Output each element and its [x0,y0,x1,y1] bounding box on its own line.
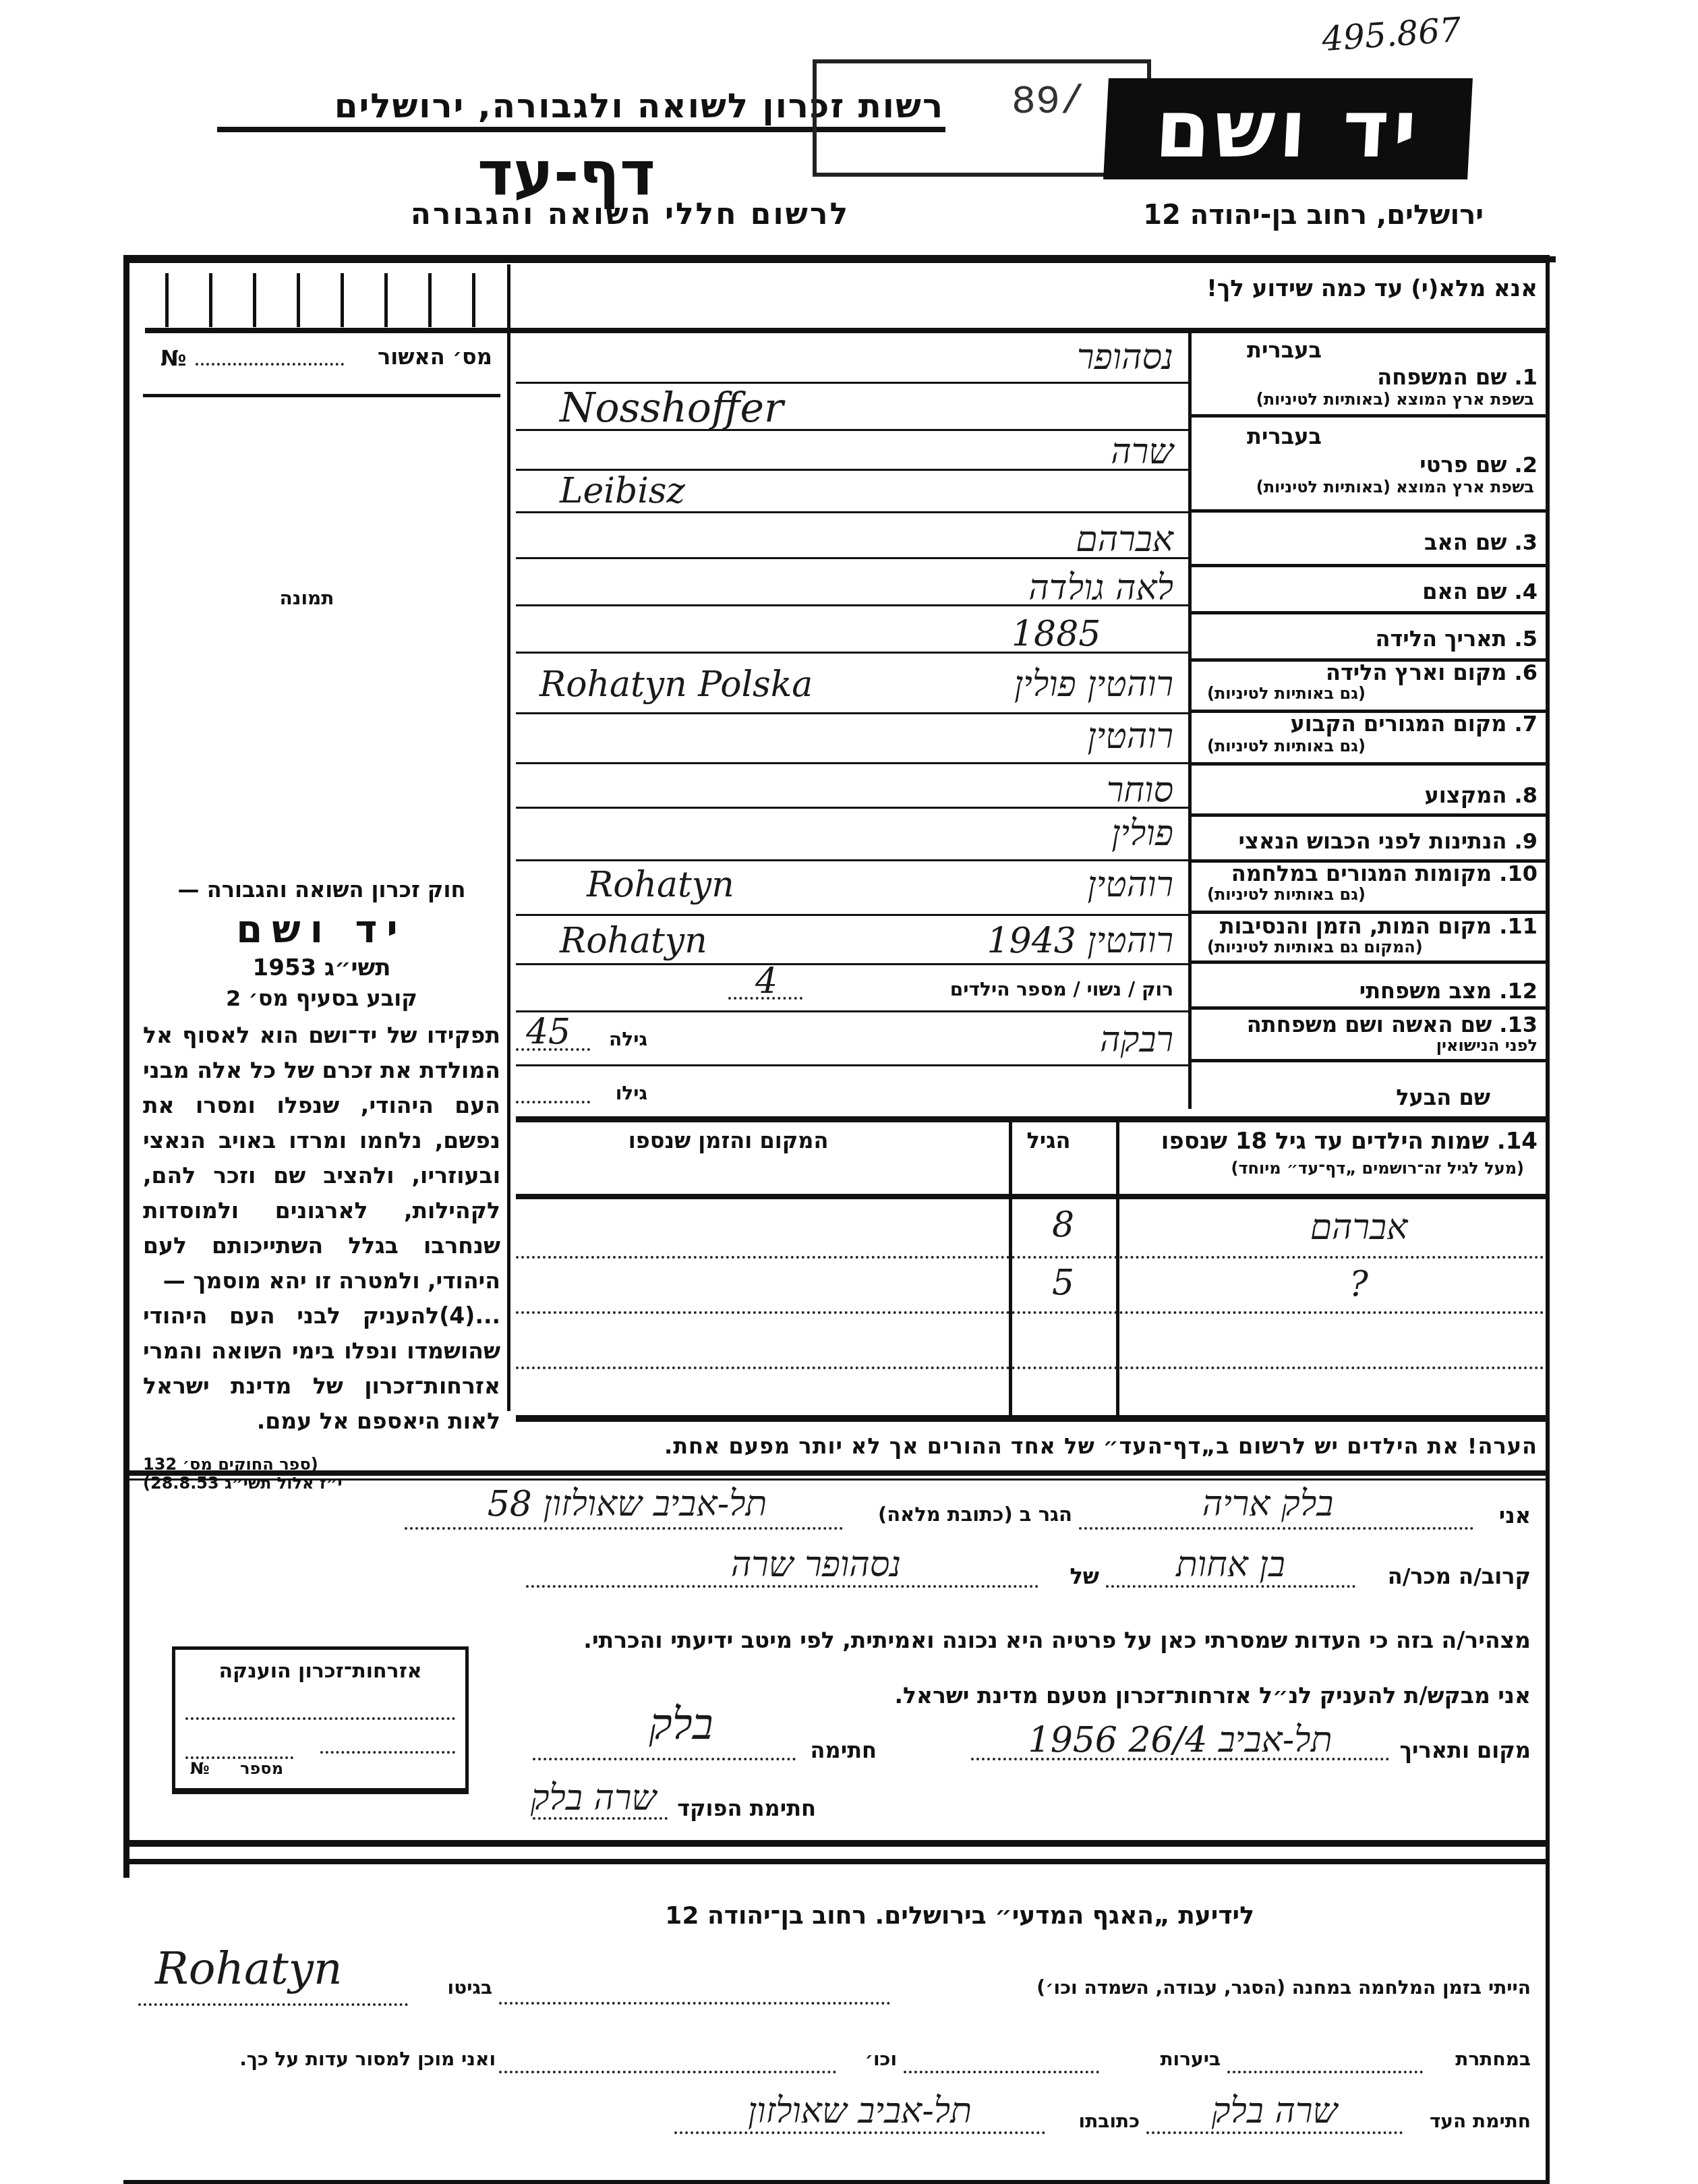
decl-of-field[interactable] [526,1585,1038,1588]
field-9-text: הנתינות לפני הכבוש הנאצי [1239,828,1507,854]
forests-label: ביערות [1106,2048,1221,2070]
field-6-text: מקום וארץ הלידה [1326,660,1507,685]
witness-address-value[interactable]: תל-אביב שאולזון [674,2091,1045,2131]
children-count-value[interactable]: 4 [755,961,778,1002]
field-13-text: שם האשה ושם משפחתה [1247,1012,1492,1037]
children-col-age: הגיל [1015,1128,1082,1153]
certificate-number-symbol: № [190,1759,210,1778]
row-divider [1190,611,1548,614]
child-age[interactable] [1015,1375,1096,1412]
field-11-label: 11. מקום המות, הזמן והנסיבות [1200,913,1538,939]
etc-label: וכו׳ [843,2048,897,2070]
field-6-num: 6. [1515,660,1538,685]
row-divider [1190,1006,1548,1010]
field-7-num: 7. [1515,711,1538,737]
officer-signature-label: חתימת הפוקד [674,1795,816,1821]
child-name[interactable]: ? [1190,1264,1527,1304]
certificate-number-label: מספר [229,1759,283,1778]
birth-date-value[interactable]: 1885 [1012,614,1101,654]
first-name-latin-value[interactable]: Leibisz [560,471,685,511]
row-divider [1190,564,1548,567]
field-8-num: 8. [1515,782,1538,808]
field-10-label: 10. מקומות המגורים במלחמה [1200,861,1538,886]
field-1-num: 1. [1515,364,1538,390]
witness-signature-field[interactable] [1146,2131,1403,2134]
certificate-field[interactable] [185,1717,455,1720]
field-1-label: 1. שם המשפחה [1200,364,1538,390]
field-7-label: 7. מקום המגורים הקבוע [1200,711,1538,737]
field-7-sub: (גם באותיות לטיניות) [1200,737,1544,755]
field-11-sub: (המקום גם באותיות לטיניות) [1200,938,1544,956]
form-right-border [1546,256,1550,2184]
field-1-hebrew-tag: בעברית [1200,337,1322,363]
marital-options: רוק / נשוי / מספר הילדים [796,978,1173,1000]
witness-address-label: כתובתו [1052,2110,1140,2132]
field-12-label: 12. מצב משפחתי [1200,978,1538,1004]
value-line [516,652,1188,654]
field-1-text: שם המשפחה [1377,364,1506,390]
note-text: הערה! את הילדים יש לרשום ב„דף־העד״ של אח… [533,1433,1538,1459]
value-line [516,859,1188,861]
field-6-sub: (גם באותיות לטיניות) [1200,684,1544,703]
law-name: יד ושם [143,908,500,952]
note-bottom-2 [123,1478,1550,1481]
yad-vashem-logo: יד ושם [1103,78,1473,179]
form-top-border [123,255,1550,263]
death-place-latin-value[interactable]: Rohatyn [560,921,707,961]
children-header-bottom [516,1194,1550,1199]
officer-signature-value[interactable]: שרה בלק [492,1778,695,1818]
husband-age-field[interactable] [516,1101,590,1103]
mother-name-value[interactable]: לאה גולדה [877,568,1173,608]
first-name-hebrew-value[interactable]: שרה [877,432,1173,472]
value-line [516,762,1188,764]
decl-relation-field[interactable] [1106,1585,1355,1588]
underground-label: במחתרת [1430,2048,1531,2070]
child-place-time[interactable] [529,1264,1001,1304]
photo-area[interactable] [145,398,502,870]
field-8-label: 8. המקצוע [1200,782,1538,808]
profession-value[interactable]: סוחר [877,770,1173,811]
place-date-label: מקום ותאריך [1409,1737,1531,1763]
address: ירושלים, רחוב בן-יהודה 12 [1106,200,1484,231]
row-divider [1190,414,1548,418]
law-box: חוק זכרון השואה והגבורה — יד ושם תשי״ג 1… [143,877,500,1493]
field-8-text: המקצוע [1425,782,1507,808]
underground-field[interactable] [1227,2071,1423,2073]
approval-number-field[interactable] [196,363,344,366]
signature-value[interactable]: בלק [580,1700,782,1750]
note-bottom [123,1470,1550,1476]
father-name-value[interactable]: אברהם [877,519,1173,560]
birthplace-value[interactable]: רוהטין פולין [877,664,1173,705]
field-13-label: 13. שם האשה ושם משפחתה [1200,1012,1538,1037]
value-line [516,604,1188,606]
field-12-num: 12. [1499,978,1538,1004]
wartime-residence-value[interactable]: רוהטין [877,865,1173,905]
ghetto-field[interactable] [138,2003,408,2006]
decl-of-value[interactable]: נסהופר שרה [607,1545,1025,1585]
stamp-box [813,59,1151,177]
law-title: חוק זכרון השואה והגבורה — [143,877,500,902]
children-col-place: המקום והזמן שנספו [539,1128,917,1153]
approval-bottom [143,394,500,397]
witness-address-field[interactable] [674,2131,1045,2134]
value-line [516,511,1188,513]
bottom-heading: לידיעת „האגף המדעי״ בירושלים. רחוב בן־יה… [553,1902,1254,1930]
left-column-divider [507,264,510,1411]
child-age[interactable]: 8 [1052,1205,1074,1245]
value-line [516,1010,1188,1012]
signature-label: חתימה [802,1737,877,1763]
nationality-value[interactable]: פולין [877,813,1173,854]
wartime-residence-latin-value[interactable]: Rohatyn [587,865,734,905]
value-line [516,382,1188,384]
husband-age-label: גילו [593,1082,647,1104]
field-2-text: שם פרטי [1419,452,1506,478]
value-line [516,914,1188,916]
table-row: ? 5 [516,1259,1550,1314]
declaration-bottom [123,1840,1550,1847]
birthplace-latin-value[interactable]: Rohatyn Polska [539,664,813,705]
child-place-time[interactable] [529,1319,1001,1360]
field-4-label: 4. שם האם [1200,579,1538,604]
field-5-text: תאריך הלידה [1375,626,1506,652]
decl-statement: מצהיר/ה בזה כי העדות שמסרתי כאן על פרטיה… [513,1627,1531,1653]
family-name-latin-value[interactable]: Nosshoffer [560,384,784,432]
approval-number-label: מס׳ האשור [351,344,492,370]
approval-number-symbol: № [160,345,187,371]
value-line [516,963,1188,965]
witness-signature-label: חתימת העד [1409,2110,1531,2132]
field-13-num: 13. [1499,1012,1538,1037]
row-divider [1190,762,1548,766]
field-5-label: 5. תאריך הלידה [1200,626,1538,652]
decl-name-field[interactable] [1079,1527,1473,1530]
top-row-bottom [145,328,1550,333]
field-1-sub: בשפת ארץ המוצא (באותיות לטיניות) [1190,390,1534,409]
certificate-box: אזרחות־זכרון הוענקה מספר № [172,1646,469,1794]
decl-name-value[interactable]: בלק אריה [1079,1484,1457,1524]
child-age[interactable]: 5 [1052,1263,1074,1303]
field-10-sub: (גם באותיות לטיניות) [1200,885,1544,904]
form-subtitle: לרשום חללי השואה והגבורה [297,197,850,231]
wife-age-label: גילה [593,1028,647,1050]
field-11-num: 11. [1499,913,1538,939]
bottom-border [123,2180,1550,2184]
field-3-num: 3. [1515,529,1538,555]
child-name[interactable] [1190,1375,1527,1412]
children-table-title: 14. שמות הילדים עד גיל 18 שנספו [1106,1128,1538,1155]
row-divider [1190,813,1548,817]
field-13-sub: לפני הנישואין [1200,1036,1578,1055]
value-line [516,557,1188,559]
field-11-text: מקום המות, הזמן והנסיבות [1220,913,1492,939]
child-name[interactable] [1190,1319,1527,1360]
child-age[interactable] [1015,1319,1096,1360]
decl-address-value[interactable]: תל-אביב שאולזון 58 [398,1484,856,1524]
family-name-hebrew-value[interactable]: נסהופר [877,337,1173,378]
field-2-num: 2. [1515,452,1538,478]
field-3-label: 3. שם האב [1200,529,1538,555]
husband-name-label: שם הבעל [1200,1085,1538,1110]
table-row [516,1369,1550,1416]
field-7-text: מקום המגורים הקבוע [1290,711,1506,737]
decl-relation-value[interactable]: בן אחות [1106,1545,1355,1585]
field-3-text: שם האב [1424,529,1506,555]
field-10-text: מקומות המגורים במלחמה [1231,861,1492,886]
residence-value[interactable]: רוהטין [877,716,1173,757]
value-line [516,712,1188,714]
field-9-num: 9. [1515,828,1538,854]
child-place-time[interactable] [529,1207,1001,1248]
row-divider [1190,509,1548,513]
decl-request: אני מבקש/ת להעניק לנ״ל אזרחות־זכרון מטעם… [809,1682,1531,1708]
fields-bottom [516,1116,1550,1122]
logo-text: יד ושם [1153,89,1423,169]
stamp-number: 89/ [1012,80,1084,125]
child-name[interactable]: אברהם [1190,1207,1527,1248]
label-column-divider [1188,333,1192,1109]
certificate-title: אזרחות־זכרון הוענקה [189,1659,452,1683]
place-date-value[interactable]: תל-אביב 26/4 1956 [964,1720,1396,1760]
law-section: קובע בסעיף מס׳ 2 [143,985,500,1011]
wife-name-value[interactable]: רבקה [877,1020,1173,1060]
row-divider [1190,960,1548,964]
certificate-extra-field[interactable] [320,1751,455,1754]
field-4-text: שם האם [1422,579,1506,604]
etc-field[interactable] [499,2071,836,2073]
camp-line-label: הייתי בזמן המלחמה במחנה (הסגר, עבודה, הש… [904,1976,1531,1999]
field-6-label: 6. מקום וארץ הלידה [1200,660,1538,685]
declaration-bottom-2 [123,1859,1550,1864]
decl-relation-label: קרוב/ה מכר/ה [1369,1563,1531,1589]
law-paragraph-1: תפקידו של יד־ושם הוא לאסוף אל המולדת את … [143,1018,500,1298]
value-line [516,1064,1188,1066]
law-paragraph-2: ...(4)להעניק לבני העם היהודי שהושמדו ונפ… [143,1298,500,1439]
field-2-sub: בשפת ארץ המוצא (באותיות לטיניות) [1190,478,1534,496]
wife-age-value[interactable]: 45 [526,1012,570,1052]
decl-residing-label: הגר ב (כתובת מלאה) [850,1503,1072,1526]
ghetto-label: בגיטו [411,1976,492,1999]
field-10-num: 10. [1499,861,1538,886]
field-12-text: מצב משפחתי [1359,978,1492,1004]
decl-address-field[interactable] [405,1527,843,1530]
children-table-bottom [516,1415,1550,1422]
field-4-num: 4. [1515,579,1538,604]
archive-number: 495.867 [1320,10,1462,59]
forests-field[interactable] [904,2071,1099,2073]
tick-strip [145,273,496,327]
signature-field[interactable] [533,1758,796,1760]
law-year: תשי״ג 1953 [143,954,500,981]
table-row [516,1314,1550,1369]
death-place-value[interactable]: רוהטין 1943 [836,921,1173,961]
decl-of-label: של [1045,1563,1099,1589]
field-2-hebrew-tag: בעברית [1200,424,1322,449]
ghetto-value[interactable]: Rohatyn [155,1943,343,1994]
value-line [516,429,1188,431]
ready-to-testify-label: ואני מוכן למסור עדות על כך. [138,2048,496,2070]
row-divider [1190,1059,1548,1062]
children-table-subtitle: (מעל לגיל זה־רושמים „דף־עד״ מיוחד) [1106,1159,1524,1178]
husband-name-field[interactable] [674,1072,1173,1106]
field-2-label: 2. שם פרטי [1200,452,1538,478]
witness-signature-value[interactable]: שרה בלק [1146,2091,1403,2131]
field-9-label: 9. הנתינות לפני הכבוש הנאצי [1200,828,1538,854]
decl-i-label: אני [1484,1503,1531,1528]
table-row: אברהם 8 [516,1201,1550,1259]
field-5-num: 5. [1515,626,1538,652]
fill-instruction: אנא מלא(י) עד כמה שידוע לך! [944,275,1538,302]
value-line [516,807,1188,809]
camp-field[interactable] [499,2002,890,2005]
child-place-time[interactable] [529,1375,1001,1412]
